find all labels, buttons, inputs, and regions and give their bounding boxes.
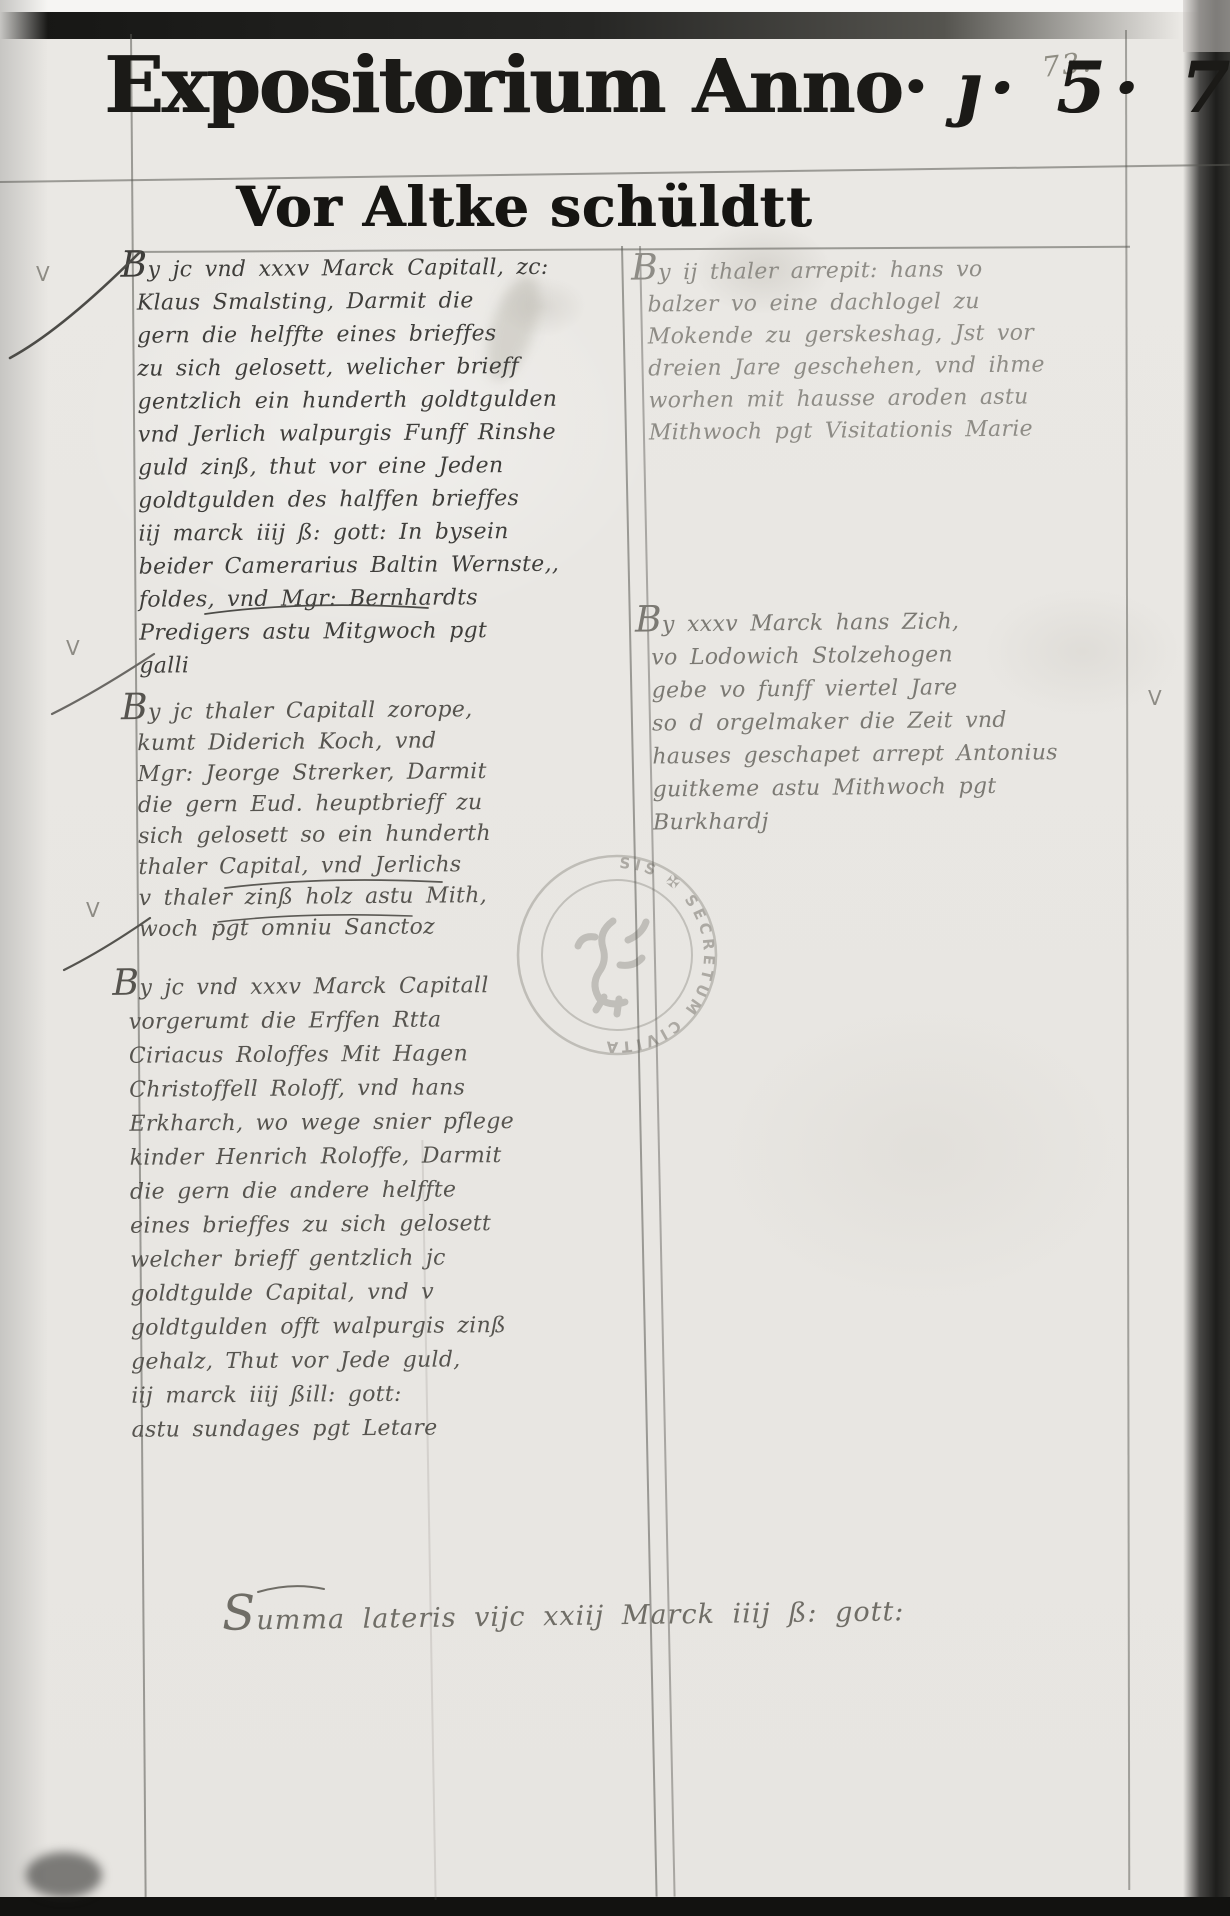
- manuscript-text-line: iij marck iiij ßill: gott:: [131, 1376, 621, 1413]
- ink-smudge: [26, 1852, 102, 1898]
- ink-flourish-line: [258, 1586, 324, 1592]
- title-word-expositorium: Expositorium: [104, 40, 664, 131]
- manuscript-text-line: kinder Henrich Roloffe, Darmit: [130, 1138, 620, 1175]
- manuscript-text-line: galli: [139, 646, 619, 682]
- manuscript-text-line: guitkeme astu Mithwoch pgt: [653, 769, 1128, 807]
- margin-check-mark: V: [1148, 686, 1162, 710]
- margin-check-mark: V: [36, 262, 50, 286]
- manuscript-text-line: gebe vo funff viertel Jare: [652, 670, 1127, 708]
- ledger-entry-right-1: By ij thaler arrepit: hans vobalzer vo e…: [647, 247, 1129, 449]
- manuscript-text-line: vorgerumt die Erffen Rtta: [129, 1002, 619, 1039]
- manuscript-text-line: By jc vnd xxxv Marck Capitall, zc:: [120, 246, 616, 286]
- manuscript-text-line: balzer vo eine dachlogel zu: [647, 284, 1127, 321]
- manuscript-text-line: welcher brieff gentzlich jc: [130, 1240, 620, 1277]
- manuscript-text-line: Burkhardj: [653, 802, 1128, 840]
- manuscript-text-line: v thaler zinß holz astu Mith,: [139, 879, 619, 914]
- page-edge-shadow-right: [1183, 0, 1230, 1916]
- manuscript-text-line: die gern die andere helffte: [130, 1172, 620, 1209]
- manuscript-text-line: iij marck iiij ß: gott: In bysein: [138, 514, 618, 550]
- manuscript-text-line: kumt Diderich Koch, vnd: [137, 724, 617, 759]
- binding-edge-left: [0, 0, 48, 1916]
- manuscript-text-line: guld zinß, thut vor eine Jeden: [138, 448, 618, 484]
- title-word-anno: Anno·: [692, 44, 927, 130]
- manuscript-text-line: zu sich gelosett, welicher brieff: [137, 349, 617, 385]
- manuscript-text-line: vnd Jerlich walpurgis Funff Rinshe: [138, 415, 618, 451]
- top-right-corner: [1183, 0, 1230, 52]
- manuscript-text-line: astu sundages pgt Letare: [131, 1410, 621, 1447]
- manuscript-text-line: woch pgt omniu Sanctoz: [139, 910, 619, 945]
- manuscript-page: SIS ✠ SECRETUM CIVITA 73. Expositorium A…: [0, 0, 1230, 1916]
- column-divider-line-2: [639, 246, 676, 1897]
- scan-bottom-shadow: [0, 1897, 1230, 1916]
- manuscript-text-line: Erkharch, wo wege snier pflege: [129, 1104, 619, 1141]
- manuscript-text-line: so d orgelmaker die Zeit vnd: [652, 703, 1127, 741]
- manuscript-text-line: gentzlich ein hunderth goldtgulden: [137, 382, 617, 418]
- ledger-entry-left-3: By jc vnd xxxv Marck Capitallvorgerumt d…: [128, 964, 621, 1447]
- manuscript-text-line: gehalz, Thut vor Jede guld,: [131, 1342, 621, 1379]
- ledger-entry-left-1: By jc vnd xxxv Marck Capitall, zc:Klaus …: [136, 246, 619, 682]
- manuscript-text-line: Christoffell Roloff, vnd hans: [129, 1070, 619, 1107]
- manuscript-text-line: hauses geschapet arrept Antonius: [652, 736, 1127, 774]
- manuscript-text-line: vo Lodowich Stolzehogen: [651, 637, 1126, 675]
- seal-rim-text: SIS ✠ SECRETUM CIVITA: [602, 854, 719, 1057]
- manuscript-text-line: foldes, vnd Mgr: Bernhardts: [139, 580, 619, 616]
- scan-top-margin: [0, 0, 1230, 12]
- title-year-1571: ȷ· 5· 7· ȷ: [955, 46, 1230, 129]
- column-divider-line: [621, 246, 658, 1897]
- ledger-entry-right-2: By xxxv Marck hans Zich,vo Lodowich Stol…: [651, 600, 1128, 840]
- manuscript-text-line: By jc thaler Capitall zorope,: [121, 688, 617, 728]
- manuscript-text-line: goldtgulden offt walpurgis zinß: [131, 1308, 621, 1345]
- manuscript-text-line: dreien Jare geschehen, vnd ihme: [648, 348, 1128, 385]
- ledger-entry-left-2: By jc thaler Capitall zorope,kumt Dideri…: [137, 688, 619, 945]
- margin-check-mark: V: [66, 636, 80, 660]
- manuscript-text-line: thaler Capital, vnd Jerlichs: [138, 848, 618, 883]
- margin-check-mark: V: [86, 898, 100, 922]
- manuscript-text-line: Predigers astu Mitgwoch pgt: [139, 613, 619, 649]
- manuscript-text-line: Klaus Smalsting, Darmit die: [137, 283, 617, 319]
- page-subtitle: Vor Altke schüldtt: [236, 174, 812, 239]
- manuscript-text-line: Mokende zu gerskeshag, Jst vor: [648, 316, 1128, 353]
- manuscript-text-line: goldtgulde Capital, vnd v: [130, 1274, 620, 1311]
- manuscript-text-line: worhen mit hausse aroden astu: [648, 380, 1128, 417]
- manuscript-text-line: Mgr: Jeorge Strerker, Darmit: [137, 755, 617, 790]
- manuscript-text-line: By ij thaler arrepit: hans vo: [631, 247, 1127, 289]
- manuscript-text-line: beider Camerarius Baltin Wernste,,: [139, 547, 619, 583]
- summa-lateris-line: Summa lateris vijc xxiij Marck iiij ß: g…: [222, 1587, 905, 1637]
- page-title: Expositorium Anno· ȷ· 5· 7· ȷ: [104, 40, 1134, 131]
- manuscript-text-line: die gern Eud. heuptbrieff zu: [138, 786, 618, 821]
- manuscript-text-line: Mithwoch pgt Visitationis Marie: [649, 412, 1129, 449]
- manuscript-text-line: eines brieffes zu sich gelosett: [130, 1206, 620, 1243]
- manuscript-text-line: gern die helffte eines brieffes: [137, 316, 617, 352]
- manuscript-text-line: goldtgulden des halffen brieffes: [138, 481, 618, 517]
- manuscript-text-line: By xxxv Marck hans Zich,: [635, 600, 1126, 642]
- manuscript-text-line: sich gelosett so ein hunderth: [138, 817, 618, 852]
- manuscript-text-line: By jc vnd xxxv Marck Capitall: [112, 964, 618, 1006]
- scan-top-shadow: [0, 12, 1180, 39]
- manuscript-text-line: Ciriacus Roloffes Mit Hagen: [129, 1036, 619, 1073]
